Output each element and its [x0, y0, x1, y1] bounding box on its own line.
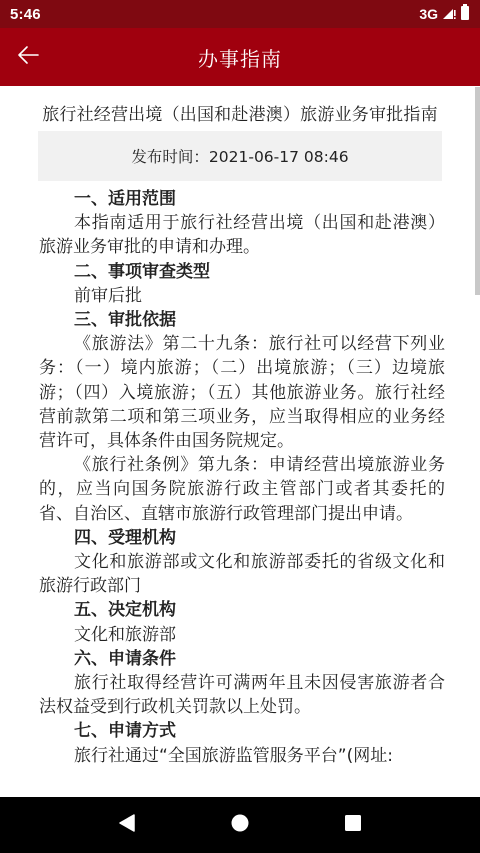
section-heading: 六、申请条件 [39, 647, 445, 671]
paragraph: 前审后批 [39, 284, 445, 308]
battery-icon [460, 4, 470, 24]
section-heading: 五、决定机构 [39, 598, 445, 622]
arrow-left-icon [16, 45, 40, 69]
signal-icon [442, 5, 456, 24]
section-heading: 二、事项审查类型 [39, 260, 445, 284]
paragraph: 《旅游法》第二十九条：旅行社可以经营下列业务：（一）境内旅游；（二）出境旅游；（… [39, 332, 445, 453]
network-type: 3G [419, 6, 438, 22]
document-scroll-area[interactable]: 旅行社经营出境（出国和赴港澳）旅游业务审批指南 发布时间：2021-06-17 … [0, 86, 480, 797]
paragraph: 本指南适用于旅行社经营出境（出国和赴港澳）旅游业务审批的申请和办理。 [39, 211, 445, 259]
status-time: 5:46 [10, 6, 41, 23]
paragraph: 文化和旅游部或文化和旅游部委托的省级文化和旅游行政部门 [39, 550, 445, 598]
status-icons: 3G [419, 4, 470, 24]
section-heading: 四、受理机构 [39, 526, 445, 550]
system-nav-bar [0, 797, 480, 853]
paragraph: 旅行社取得经营许可满两年且未因侵害旅游者合法权益受到行政机关罚款以上处罚。 [39, 671, 445, 719]
document-body: 一、适用范围 本指南适用于旅行社经营出境（出国和赴港澳）旅游业务审批的申请和办理… [39, 187, 445, 768]
section-heading: 七、申请方式 [39, 719, 445, 743]
nav-home-button[interactable] [216, 801, 264, 849]
paragraph: 《旅行社条例》第九条：申请经营出境旅游业务的，应当向国务院旅游行政主管部门或者其… [39, 453, 445, 526]
nav-recents-button[interactable] [329, 801, 377, 849]
section-heading: 一、适用范围 [39, 187, 445, 211]
back-triangle-icon [118, 813, 136, 837]
publish-time-box: 发布时间：2021-06-17 08:46 [38, 131, 442, 181]
home-circle-icon [231, 814, 249, 836]
paragraph: 旅行社通过“全国旅游监管服务平台”(网址: [39, 744, 445, 768]
nav-back-button[interactable] [103, 801, 151, 849]
scrollbar[interactable] [475, 87, 480, 295]
publish-time: 发布时间：2021-06-17 08:46 [131, 145, 348, 167]
status-bar: 5:46 3G [0, 0, 480, 28]
paragraph: 文化和旅游部 [39, 623, 445, 647]
back-button[interactable] [8, 37, 48, 77]
recents-square-icon [344, 814, 362, 836]
document-title: 旅行社经营出境（出国和赴港澳）旅游业务审批指南 [0, 100, 480, 125]
app-bar: 办事指南 [0, 28, 480, 86]
page-title: 办事指南 [198, 43, 282, 72]
section-heading: 三、审批依据 [39, 308, 445, 332]
